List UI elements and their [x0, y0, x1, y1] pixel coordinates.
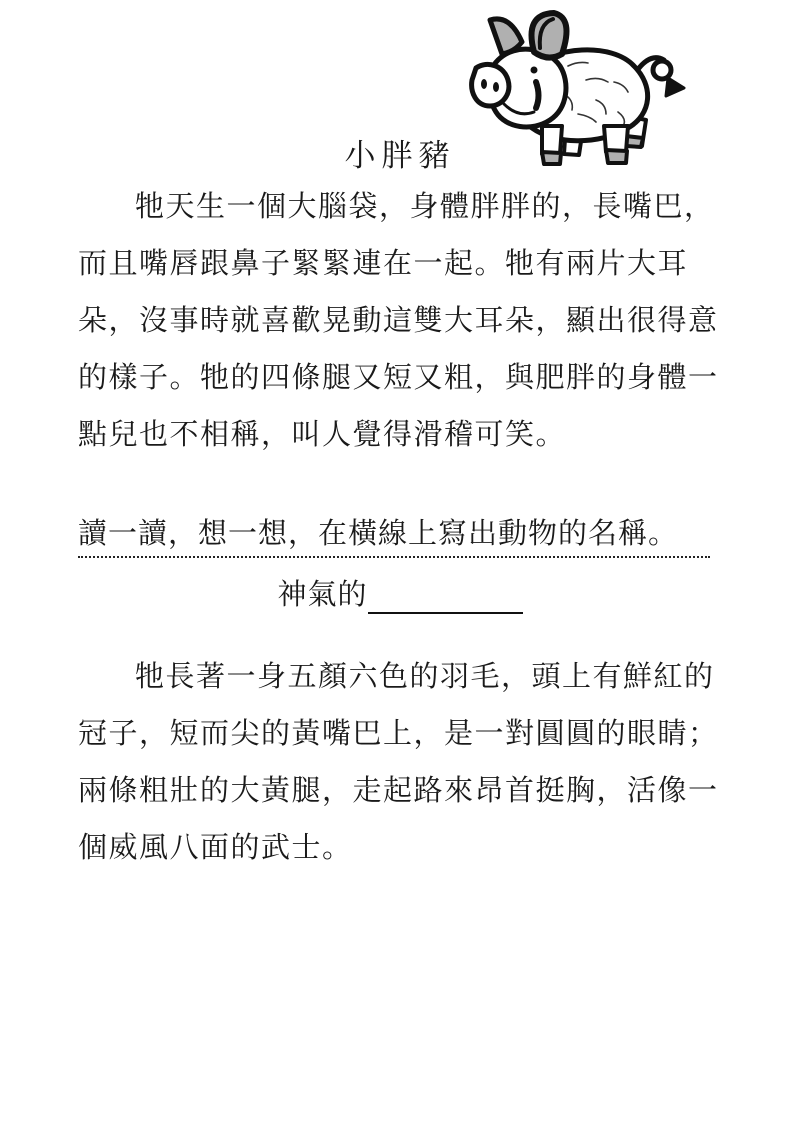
passage-rooster: 牠長著一身五顏六色的羽毛，頭上有鮮紅的 冠子，短而尖的黃嘴巴上，是一對圓圓的眼睛… [78, 649, 728, 877]
passage-line: 的樣子。牠的四條腿又短又粗，與肥胖的身體一 [78, 350, 728, 407]
passage-line: 牠長著一身五顏六色的羽毛，頭上有鮮紅的 [78, 649, 728, 706]
answer-blank[interactable] [368, 578, 523, 614]
passage-line: 而且嘴唇跟鼻子緊緊連在一起。牠有兩片大耳 [78, 236, 728, 293]
worksheet-page: 小胖豬 牠天生一個大腦袋，身體胖胖的，長嘴巴， 而且嘴唇跟鼻子緊緊連在一起。牠有… [0, 0, 800, 1132]
passage-line: 朵，沒事時就喜歡晃動這雙大耳朵，顯出很得意 [78, 293, 728, 350]
page-title: 小胖豬 [0, 130, 800, 175]
passage-line: 兩條粗壯的大黃腿，走起路來昂首挺胸，活像一 [78, 763, 728, 820]
passage-line: 冠子，短而尖的黃嘴巴上，是一對圓圓的眼睛； [78, 706, 728, 763]
answer-row: 神氣的 [0, 576, 800, 614]
instruction-text: 讀一讀，想一想，在橫線上寫出動物的名稱。 [78, 512, 710, 558]
passage-pig: 牠天生一個大腦袋，身體胖胖的，長嘴巴， 而且嘴唇跟鼻子緊緊連在一起。牠有兩片大耳… [78, 179, 728, 464]
passage-line: 個威風八面的武士。 [78, 820, 728, 877]
passage-line: 牠天生一個大腦袋，身體胖胖的，長嘴巴， [78, 179, 728, 236]
passage-line: 點兒也不相稱，叫人覺得滑稽可笑。 [78, 407, 728, 464]
answer-label: 神氣的 [277, 576, 367, 614]
